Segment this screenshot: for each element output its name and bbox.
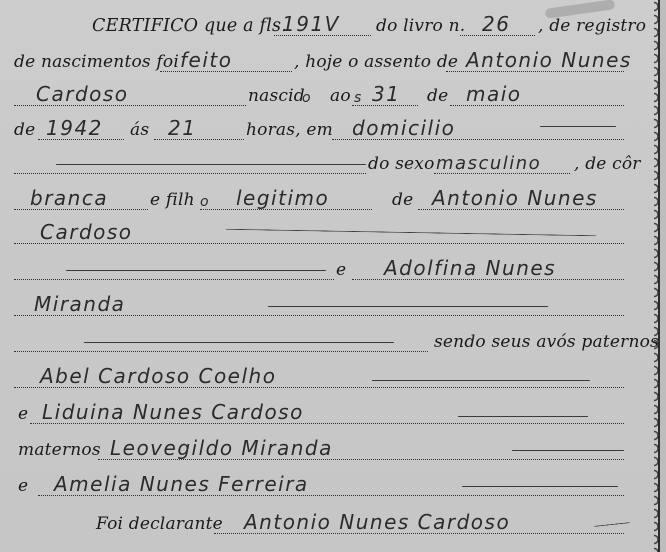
sex-value: masculino: [436, 153, 541, 174]
fill-stroke: [226, 229, 596, 236]
dotted-line: [14, 173, 366, 174]
fill-stroke: [66, 270, 326, 271]
de-label: de: [14, 120, 35, 140]
e-label: e: [18, 476, 28, 496]
mother-name-part2: Miranda: [34, 292, 125, 316]
cor-label: , de côr: [574, 154, 641, 174]
line-folio: CERTIFICO que a fls. 191V do livro n. 26…: [0, 10, 640, 40]
e-label: e: [336, 260, 346, 280]
aos-label: ao: [330, 86, 351, 106]
line-paternal-grandmother: e Liduina Nunes Cardoso: [0, 398, 640, 428]
birth-hour: 21: [168, 116, 196, 140]
grandparents-label: sendo seus avós paternos: [434, 332, 659, 352]
feito-value: feito: [180, 48, 232, 72]
book-value: 26: [482, 12, 510, 36]
fill-stroke: [540, 126, 616, 127]
dotted-line: [14, 351, 428, 352]
maternos-label: maternos: [18, 440, 101, 460]
paternal-grandmother-name: Liduina Nunes Cardoso: [42, 400, 304, 424]
line-maternal-grandfather: maternos Leovegildo Miranda: [0, 434, 640, 464]
fill-stroke: [56, 164, 366, 165]
certifico-label: CERTIFICO que a fls.: [92, 16, 287, 36]
maternal-grandfather-name: Leovegildo Miranda: [110, 436, 333, 460]
declarante-label: Foi declarante: [96, 514, 223, 534]
nascimentos-label: de nascimentos foi: [14, 52, 179, 72]
paternal-grandfather-name: Abel Cardoso Coelho: [40, 364, 276, 388]
line-paternal-grandfather: Abel Cardoso Coelho: [0, 362, 640, 392]
birth-day: 31: [372, 82, 400, 106]
line-mother: e Adolfina Nunes: [0, 254, 640, 284]
maternal-grandmother-name: Amelia Nunes Ferreira: [54, 472, 309, 496]
mother-name-part1: Adolfina Nunes: [384, 256, 556, 280]
fill-stroke: [84, 342, 394, 343]
line-maternal-grandmother: e Amelia Nunes Ferreira: [0, 470, 640, 500]
legitimacy-value: legitimo: [236, 186, 329, 210]
filho-suffix: o: [200, 194, 210, 210]
fill-stroke: [462, 486, 618, 487]
de-label: de: [427, 86, 448, 106]
fill-stroke: [372, 380, 590, 381]
assento-label: , hoje o assento de: [294, 52, 458, 72]
line-grandparents-label: sendo seus avós paternos: [0, 326, 640, 356]
folio-value: 191V: [282, 12, 340, 36]
sexo-label: do sexo: [368, 154, 435, 174]
line-sex: do sexo masculino , de côr: [0, 148, 640, 178]
fill-stroke: [268, 306, 548, 307]
father-name-part1: Antonio Nunes: [432, 186, 598, 210]
e-label: e: [18, 404, 28, 424]
line-mother-surname: Miranda: [0, 290, 640, 320]
birth-month: maio: [466, 82, 522, 106]
fill-stroke: [512, 450, 624, 451]
registro-label: , de registro: [538, 16, 646, 36]
fill-stroke: [458, 416, 588, 417]
line-parentage: branca e filh o legitimo de Antonio Nune…: [0, 184, 640, 214]
fill-stroke: [594, 522, 630, 527]
father-name-part2: Cardoso: [40, 220, 133, 244]
registrant-name-part2: Cardoso: [36, 82, 129, 106]
color-value: branca: [30, 186, 108, 210]
declarant-name: Antonio Nunes Cardoso: [244, 510, 510, 534]
line-birth-year: de 1942 ás 21 horas, em domicilio: [0, 114, 640, 144]
birth-year: 1942: [46, 116, 103, 140]
line-birth-date: Cardoso nascid o ao s 31 de maio: [0, 80, 640, 110]
filho-label: e filh: [150, 190, 195, 210]
line-father-surname: Cardoso: [0, 218, 640, 248]
de-label: de: [392, 190, 413, 210]
livro-label: do livro n.: [376, 16, 465, 36]
line-declarant: Foi declarante Antonio Nunes Cardoso: [0, 508, 640, 538]
birth-place: domicilio: [352, 116, 455, 140]
line-assento: de nascimentos foi feito , hoje o assent…: [0, 46, 640, 76]
registrant-name-part1: Antonio Nunes: [466, 48, 632, 72]
aos-suffix: s: [354, 90, 363, 106]
nascido-label: nascid: [248, 86, 305, 106]
horas-label: horas, em: [246, 120, 333, 140]
nascido-suffix: o: [302, 90, 312, 106]
scalloped-border: [654, 0, 664, 552]
as-label: ás: [130, 120, 149, 140]
dotted-line: [14, 279, 334, 280]
